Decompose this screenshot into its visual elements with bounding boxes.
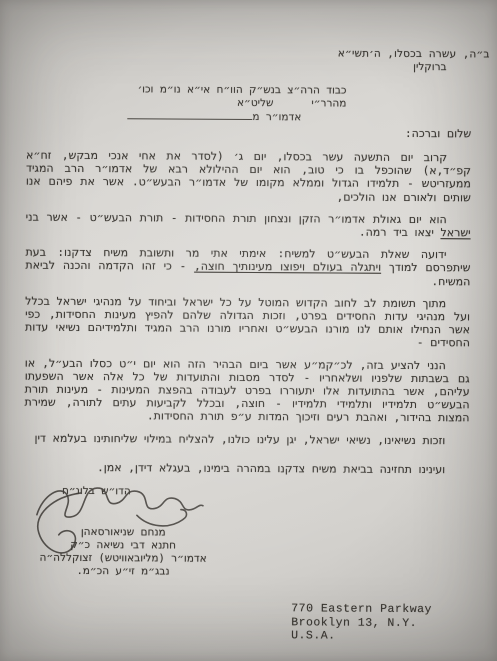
letter-body: קרוב יום התשעה עשר בכסלו, יום ג׳ (לסדר א… [24, 149, 471, 486]
dynasty-name-blank [127, 108, 252, 120]
signature-title-line-3: נבג״מ זי״ע הכ״מ. [10, 564, 235, 578]
mailing-address: 770 Eastern Parkway Brooklyn 13, N.Y. U.… [291, 602, 432, 643]
paragraph-5: הנני להציע בזה, לכ״קמ״ע אשר ביום הבהיר ה… [24, 356, 469, 425]
address-line-2: Brooklyn 13, N.Y. [291, 616, 432, 630]
scanned-letter-page: ב״ה, עשרה בכסלו, ה׳תשי״א ברוקלין כבוד הר… [0, 0, 497, 661]
recipient-dynasty-line: אדמו״ר מ [101, 108, 346, 124]
date-line: ב״ה, עשרה בכסלו, ה׳תשי״א [338, 48, 490, 61]
recipient-name: מהרר״י [311, 97, 346, 109]
recipient-block: כבוד הרה״צ בנש״ק הוו״ח אי״א נו״מ וכו׳ מה… [101, 83, 346, 124]
signature-title-line-2: אדמו״ר (מליובאוויטש) זצוקללה״ה [11, 551, 236, 565]
signature-stroke-main [37, 488, 203, 518]
recipient-title: שליט״א [237, 97, 273, 109]
paragraph-1: קרוב יום התשעה עשר בכסלו, יום ג׳ (לסדר א… [26, 149, 471, 205]
paragraph-2: הוא יום גאולת אדמו״ר הזקן ונצחון תורת הח… [26, 210, 471, 239]
paragraph-4: מתוך תשומת לב לחוב הקדוש המוטל על כל ישר… [25, 294, 470, 350]
city-line: ברוקלין [413, 61, 447, 73]
paragraph-3: ידועה שאלת הבעש״ט למשיח: אימתי אתי מר ות… [25, 246, 470, 288]
letter-content: ב״ה, עשרה בכסלו, ה׳תשי״א ברוקלין כבוד הר… [0, 0, 497, 661]
recipient-honorifics-line: כבוד הרה״צ בנש״ק הוו״ח אי״א נו״מ וכו׳ [101, 83, 346, 97]
signature-name-block: מנחם שניאורסאהן חתנא דבי נשיאה כ״ק אדמו״… [10, 526, 235, 579]
dynasty-prefix: אדמו״ר מ [252, 111, 301, 123]
greeting-line: שלום וברכה: [405, 127, 471, 140]
address-line-3: U.S.A. [291, 629, 432, 643]
signature-stroke-flourish [137, 509, 187, 526]
paragraph-6: וזכות נשיאינו, נשיאי ישראל, יגן עלינו כו… [24, 431, 469, 447]
address-line-1: 770 Eastern Parkway [291, 602, 432, 616]
paragraph-7: ועינינו תחזינה בביאת משיח צדקנו במהרה בי… [24, 460, 469, 476]
